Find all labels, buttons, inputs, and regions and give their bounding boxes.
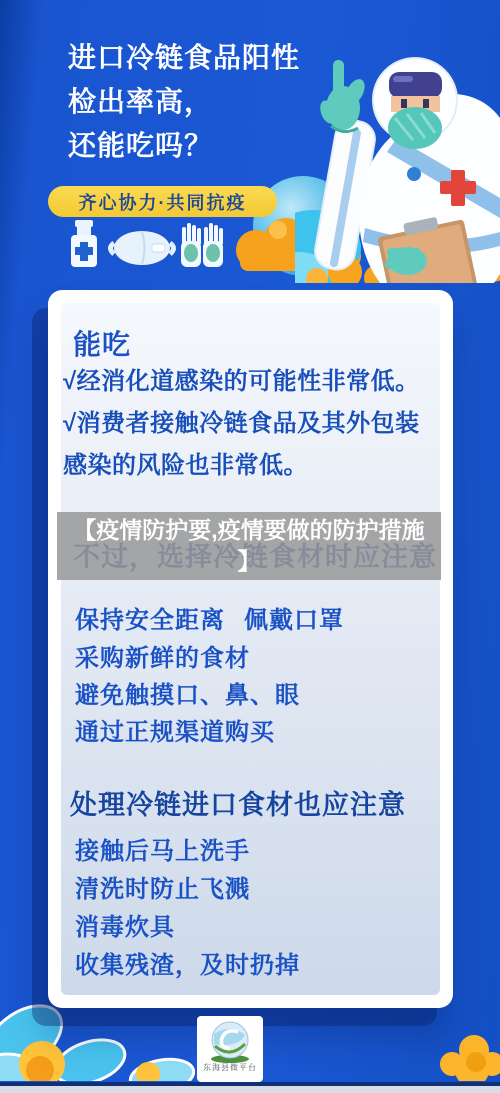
unity-banner-label: 齐心协力·共同抗疫 <box>79 189 247 215</box>
bottom-right-flower-decor <box>438 1034 500 1086</box>
handle-item-discard-residue: 收集残渣，及时扔掉 <box>75 945 300 980</box>
handle-item-disinfect: 消毒炊具 <box>75 907 175 942</box>
info-panel-content: 能吃 √经消化道感染的可能性非常低。 √消费者接触冷链食品及其外包装感染的风险也… <box>61 303 440 995</box>
choose-item-regular-channel: 通过正规渠道购买 <box>75 712 275 747</box>
caption-line-2: 】 <box>238 546 261 577</box>
bottom-divider-light <box>0 1086 500 1093</box>
choose-item-distance: 保持安全距离 <box>75 600 225 635</box>
headline-line-1: 进口冷链食品阳性 <box>68 36 328 80</box>
info-panel: 能吃 √经消化道感染的可能性非常低。 √消费者接触冷链食品及其外包装感染的风险也… <box>48 290 453 1008</box>
sanitizer-bottle-icon <box>71 220 97 267</box>
publisher-logo-box: 东海县微平台 <box>197 1016 263 1082</box>
face-mask-icon <box>111 231 174 265</box>
caption-line-1: 【疫情防护要,疫情要做的防护措施 <box>73 515 424 546</box>
choose-item-avoid-touch: 避免触摸口、鼻、眼 <box>75 675 300 710</box>
gloves-icon <box>181 223 223 267</box>
poster-headline: 进口冷链食品阳性 检出率高， 还能吃吗？ <box>68 36 328 168</box>
handle-item-wash-hands: 接触后马上洗手 <box>75 831 250 866</box>
choose-item-fresh: 采购新鲜的食材 <box>75 638 250 673</box>
choose-item-mask: 佩戴口罩 <box>244 600 344 635</box>
handle-heading: 处理冷链进口食材也应注意 <box>70 783 406 822</box>
can-eat-points: √经消化道感染的可能性非常低。 √消费者接触冷链食品及其外包装感染的风险也非常低… <box>63 361 439 487</box>
headline-line-2: 检出率高， <box>68 80 328 124</box>
publisher-logo-label: 东海县微平台 <box>197 1063 263 1073</box>
protection-icons-row <box>64 219 224 274</box>
globe-logo-icon <box>202 1019 258 1063</box>
can-eat-point-1: √经消化道感染的可能性非常低。 <box>63 361 439 403</box>
can-eat-heading: 能吃 <box>73 323 131 363</box>
headline-line-3: 还能吃吗？ <box>68 124 328 168</box>
unity-banner: 齐心协力·共同抗疫 <box>48 186 277 217</box>
handle-item-avoid-splash: 清洗时防止飞溅 <box>75 869 250 904</box>
caption-overlay: 【疫情防护要,疫情要做的防护措施 】 <box>57 512 441 580</box>
can-eat-point-2: √消费者接触冷链食品及其外包装感染的风险也非常低。 <box>63 403 439 487</box>
